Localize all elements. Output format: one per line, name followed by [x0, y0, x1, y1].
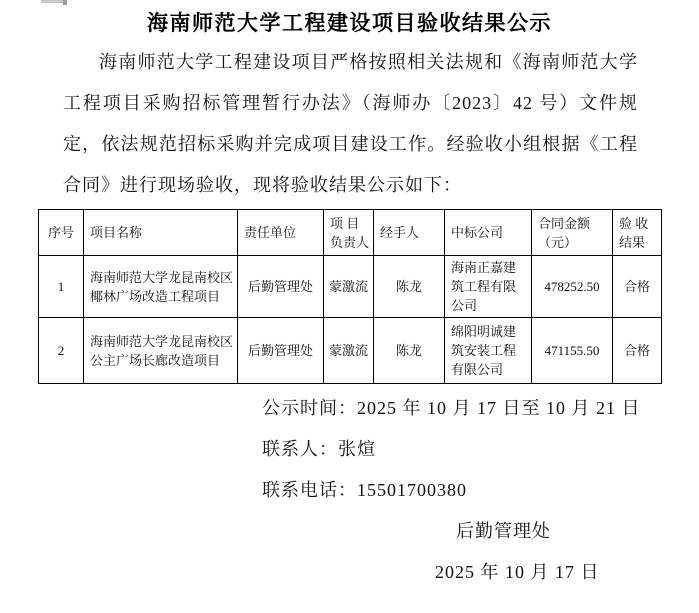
acceptance-results-table: 序号 项目名称 责任单位 项 目 负责人 经手人 中标公司 合同金额 （元） 验… — [38, 209, 662, 384]
cell-serial: 2 — [39, 318, 84, 384]
cell-winning-company: 海南正嘉建筑工程有限公司 — [445, 256, 532, 318]
table-row: 2 海南师范大学龙昆南校区公主广场长廊改造项目 后勤管理处 蒙激流 陈龙 绵阳明… — [39, 318, 662, 384]
cell-responsible-unit: 后勤管理处 — [238, 256, 324, 318]
footer-block: 公示时间：2025 年 10 月 17 日至 10 月 21 日 联系人：张煊 … — [0, 388, 699, 593]
col-header-project-leader: 项 目 负责人 — [324, 210, 374, 256]
table-row: 1 海南师范大学龙昆南校区椰林广场改造工程项目 后勤管理处 蒙激流 陈龙 海南正… — [39, 256, 662, 318]
signature-department: 后勤管理处 — [456, 511, 699, 552]
col-header-responsible-unit: 责任单位 — [238, 210, 324, 256]
cell-contract-amount: 478252.50 — [532, 256, 613, 318]
cell-handler: 陈龙 — [374, 256, 445, 318]
cell-acceptance-result: 合格 — [613, 318, 662, 384]
cell-winning-company: 绵阳明诚建筑安装工程有限公司 — [445, 318, 532, 384]
cell-acceptance-result: 合格 — [613, 256, 662, 318]
table-header-row: 序号 项目名称 责任单位 项 目 负责人 经手人 中标公司 合同金额 （元） 验… — [39, 210, 662, 256]
col-header-serial: 序号 — [39, 210, 84, 256]
signature-date: 2025 年 10 月 17 日 — [435, 552, 699, 593]
cell-project-leader: 蒙激流 — [324, 318, 374, 384]
contact-person: 联系人：张煊 — [262, 429, 699, 470]
col-header-project-name: 项目名称 — [84, 210, 238, 256]
page-title: 海南师范大学工程建设项目验收结果公示 — [0, 12, 699, 35]
cell-serial: 1 — [39, 256, 84, 318]
col-header-winning-company: 中标公司 — [445, 210, 532, 256]
col-header-handler: 经手人 — [374, 210, 445, 256]
window-edge-artifact — [41, 0, 65, 3]
cell-project-leader: 蒙激流 — [324, 256, 374, 318]
contact-phone: 联系电话：15501700380 — [262, 470, 699, 511]
cell-project-name: 海南师范大学龙昆南校区公主广场长廊改造项目 — [84, 318, 238, 384]
publicity-period: 公示时间：2025 年 10 月 17 日至 10 月 21 日 — [262, 388, 699, 429]
cell-contract-amount: 471155.50 — [532, 318, 613, 384]
cell-handler: 陈龙 — [374, 318, 445, 384]
col-header-acceptance-result: 验 收 结果 — [613, 210, 662, 256]
col-header-contract-amount: 合同金额 （元） — [532, 210, 613, 256]
intro-paragraph: 海南师范大学工程建设项目严格按照相关法规和《海南师范大学工程项目采购招标管理暂行… — [63, 42, 638, 206]
cell-responsible-unit: 后勤管理处 — [238, 318, 324, 384]
cell-project-name: 海南师范大学龙昆南校区椰林广场改造工程项目 — [84, 256, 238, 318]
